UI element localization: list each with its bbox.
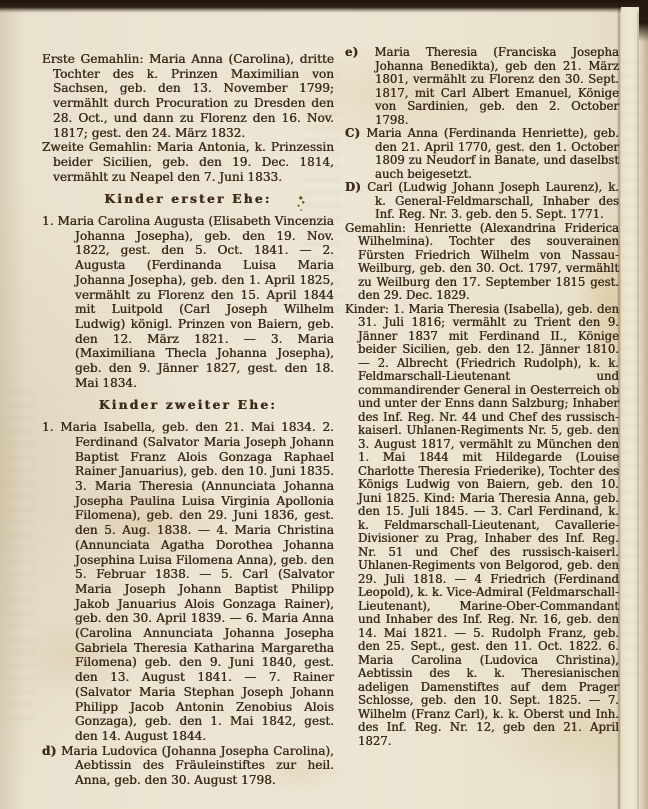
entry-C-label: C) [345, 126, 360, 140]
entry-C-text: Maria Anna (Ferdinanda Henriette), geb. … [366, 126, 619, 181]
entry-e-text: Maria Theresia (Franciska Josepha Johann… [375, 45, 619, 127]
children-second-marriage-list: 1. Maria Isabella, geb. den 21. Mai 1834… [42, 420, 334, 743]
bleedthrough-ghost-text [6, 390, 36, 720]
next-page-edge [621, 7, 648, 809]
entry-D-label: D) [345, 180, 361, 194]
entry-D: D) Carl (Ludwig Johann Joseph Laurenz), … [345, 181, 619, 222]
entry-d-label: d) [42, 744, 57, 758]
entry-e-label: e) [345, 45, 359, 59]
right-column: e) Maria Theresia (Franciska Josepha Joh… [345, 46, 619, 748]
children-of-D-paragraph: Kinder: 1. Maria Theresia (Isabella), ge… [345, 303, 619, 749]
scan-top-edge [0, 0, 648, 13]
entry-e: e) Maria Theresia (Franciska Josepha Joh… [345, 46, 619, 127]
entry-C: C) Maria Anna (Ferdinanda Henriette), ge… [345, 127, 619, 181]
second-wife-paragraph: Zweite Gemahlin: Maria Antonia, k. Prinz… [42, 140, 334, 184]
children-first-marriage-list: 1. Maria Carolina Augusta (Elisabeth Vin… [42, 214, 334, 390]
left-column: Erste Gemahlin: Maria Anna (Carolina), d… [42, 52, 334, 788]
heading-children-first-marriage: Kinder erster Ehe: [42, 192, 334, 207]
scan-corner-dark [639, 0, 648, 42]
heading-children-second-marriage: Kinder zweiter Ehe: [42, 398, 334, 413]
next-page-edge-crease [637, 12, 639, 809]
scanned-book-page: Erste Gemahlin: Maria Anna (Carolina), d… [0, 0, 648, 809]
entry-d-text: Maria Ludovica (Johanna Josepha Carolina… [61, 744, 334, 787]
first-wife-paragraph: Erste Gemahlin: Maria Anna (Carolina), d… [42, 52, 334, 140]
wife-of-D-paragraph: Gemahlin: Henriette (Alexandrina Frideri… [345, 222, 619, 303]
entry-D-text: Carl (Ludwig Johann Joseph Laurenz), k. … [367, 180, 619, 221]
entry-d: d) Maria Ludovica (Johanna Josepha Carol… [42, 744, 334, 788]
